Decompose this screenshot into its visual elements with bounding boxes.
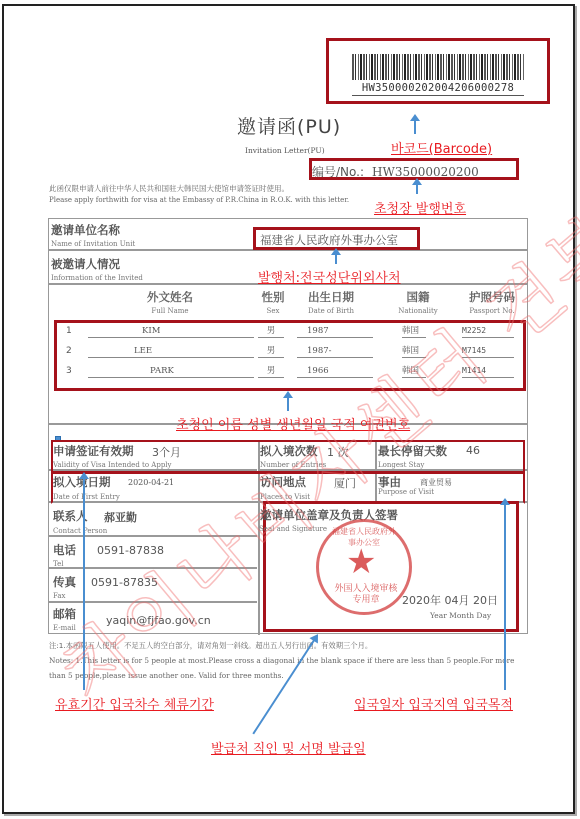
validity-value: 3个月 <box>152 444 181 460</box>
annotation-seal-sign-date: 발급처 직인 및 서명 발급일 <box>211 738 366 757</box>
invitee-nationality: 韩国 <box>402 365 426 378</box>
validity-label-en: Validity of Visa Intended to Apply <box>53 461 172 469</box>
barcode-image <box>352 54 524 80</box>
annotation-barcode: 바코드(Barcode) <box>391 138 492 157</box>
places-label: 访问地点 <box>260 474 306 490</box>
annotation-issuer: 발행처:전국성단위외사처 <box>258 267 401 286</box>
col-header-nationality-en: Nationality <box>392 307 444 315</box>
document-title: 邀请函(PU) <box>237 112 341 139</box>
fax-label: 传真 <box>53 574 76 590</box>
longest-stay-value: 46 <box>466 444 480 457</box>
doc-number-label: 编号/No.: <box>312 165 364 179</box>
entries-value: 1 次 <box>327 444 349 460</box>
invitee-passport: M1414 <box>462 365 514 378</box>
places-label-en: Places to Visit <box>260 493 310 501</box>
invitee-nationality: 韩国 <box>402 345 426 358</box>
fax-label-en: Fax <box>53 592 66 600</box>
doc-number: 编号/No.:HW35000020200 <box>312 163 479 180</box>
arrow-icon <box>83 478 85 690</box>
tel-label-en: Tel <box>53 560 64 568</box>
email-value: yaqin@fjfao.gov.cn <box>106 614 211 627</box>
invited-info-label: 被邀请人情况 <box>51 256 120 272</box>
col-header-nationality: 国籍 <box>398 289 438 305</box>
invitee-dob: 1987- <box>297 345 373 358</box>
invitee-name: LEE <box>88 345 254 358</box>
col-header-dob-en: Date of Birth <box>296 307 366 315</box>
entries-label: 拟入境次数 <box>260 443 318 459</box>
invitee-dob: 1987 <box>297 325 373 338</box>
barcode-number: HW350000202004206000278 <box>352 82 524 96</box>
document-title-en: Invitation Letter(PU) <box>245 146 325 155</box>
annotation-entry-date-place-purpose: 입국일자 입국지역 입국목적 <box>354 694 513 713</box>
instruction-cn: 此函仅限申请人前往中华人民共和国驻大韩民国大使馆申请签证时使用。 <box>49 183 289 194</box>
first-entry-value: 2020-04-21 <box>128 478 174 487</box>
purpose-label-en: Purpose of Visit <box>378 488 434 496</box>
invitee-passport: M2252 <box>462 325 514 338</box>
seal-label-en: Seal and Signature <box>259 525 327 533</box>
invitee-nationality: 韩国 <box>402 325 426 338</box>
col-header-name: 外文姓名 <box>130 289 210 305</box>
inviting-unit-label-en: Name of Invitation Unit <box>51 240 135 248</box>
notes-cn: 注:1.本函限五人使用。不足五人的空白部分，请对角划一斜线。超出五人另行出函。有… <box>49 641 372 651</box>
issue-date-en: Year Month Day <box>430 611 491 620</box>
tel-value: 0591-87838 <box>97 544 164 557</box>
invitee-sex: 男 <box>258 325 284 338</box>
contact-label-en: Contact Person <box>53 527 107 535</box>
col-header-sex: 性别 <box>258 289 288 305</box>
annotation-doc-number: 초청장 발행번호 <box>374 198 466 217</box>
annotation-validity-entries-stay: 유효기간 입국차수 체류기간 <box>55 694 214 713</box>
instruction-en: Please apply forthwith for visa at the E… <box>49 196 349 204</box>
longest-stay-label: 最长停留天数 <box>378 443 447 459</box>
doc-number-value: HW35000020200 <box>372 165 479 179</box>
purpose-value: 商业贸易 <box>420 477 452 488</box>
arrow-icon <box>504 504 506 690</box>
issue-date: 2020年 04月 20日 <box>402 592 498 608</box>
col-header-name-en: Full Name <box>130 307 210 315</box>
email-label-en: E-mail <box>53 624 76 632</box>
annotation-invitee-info: 초청인 이름 성별 생년월일 국적 여권번호 <box>176 414 410 433</box>
col-header-passport-en: Passport No. <box>462 307 522 315</box>
arrow-icon <box>416 184 418 194</box>
inviting-unit-label: 邀请单位名称 <box>51 222 120 238</box>
official-seal-stamp: 福建省人民政府外事办公室 ★ 外国人入境审核专用章 <box>316 519 412 615</box>
invitee-dob: 1966 <box>297 365 373 378</box>
col-header-sex-en: Sex <box>258 307 288 315</box>
contact-value: 郝亚勤 <box>104 509 137 525</box>
inviting-unit-value: 福建省人民政府外事办公室 <box>260 232 398 248</box>
longest-stay-label-en: Longest Stay <box>378 461 424 469</box>
invitee-name: KIM <box>88 325 254 338</box>
invitee-passport: M7145 <box>462 345 514 358</box>
invitee-name: PARK <box>88 365 254 378</box>
col-header-passport: 护照号码 <box>462 289 522 305</box>
col-header-dob: 出生日期 <box>296 289 366 305</box>
fax-value: 0591-87835 <box>91 576 158 589</box>
invitee-sex: 男 <box>258 345 284 358</box>
invitee-sex: 男 <box>258 365 284 378</box>
tel-label: 电话 <box>53 542 76 558</box>
star-icon: ★ <box>346 542 376 582</box>
arrow-icon <box>414 120 416 134</box>
invited-info-label-en: Information of the Invited <box>51 274 143 282</box>
places-value: 厦门 <box>334 475 356 491</box>
notes-en-line1: Notes: 1.This letter is for 5 people at … <box>49 656 514 665</box>
first-entry-label-en: Date of First Entry <box>53 493 120 501</box>
email-label: 邮箱 <box>53 606 76 622</box>
arrow-icon <box>335 254 337 264</box>
entries-label-en: Number of Entries <box>260 461 326 469</box>
arrow-icon <box>287 397 289 411</box>
validity-label: 申请签证有效期 <box>53 443 134 459</box>
